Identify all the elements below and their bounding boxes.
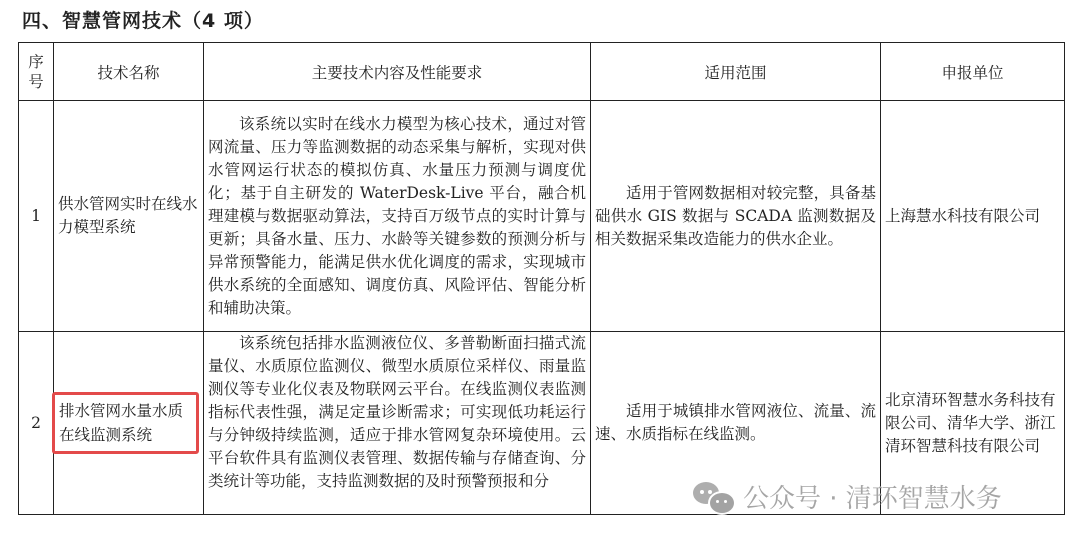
table-header-row: 序号 技术名称 主要技术内容及性能要求 适用范围 申报单位	[19, 43, 1065, 101]
tech-table: 序号 技术名称 主要技术内容及性能要求 适用范围 申报单位 1 供水管网实时在线…	[18, 42, 1065, 515]
watermark-text: 公众号 · 清环智慧水务	[743, 478, 1002, 515]
row-seq: 2	[19, 332, 54, 515]
header-seq: 序号	[19, 43, 54, 101]
table-row: 1 供水管网实时在线水力模型系统 该系统以实时在线水力模型为核心技术，通过对管网…	[19, 101, 1065, 332]
section-title: 四、智慧管网技术（4 项）	[22, 6, 264, 33]
header-scope: 适用范围	[591, 43, 881, 101]
row-scope-text: 适用于城镇排水管网液位、流量、流速、水质指标在线监测。	[595, 400, 876, 446]
wechat-icon	[693, 482, 735, 512]
highlighted-tech-name: 排水管网水量水质在线监测系统	[52, 392, 199, 454]
row-content: 该系统包括排水监测液位仪、多普勒断面扫描式流量仪、水质原位监测仪、微型水质原位采…	[204, 332, 591, 515]
row-content-text: 该系统包括排水监测液位仪、多普勒断面扫描式流量仪、水质原位监测仪、微型水质原位采…	[208, 332, 586, 493]
row-tech-name: 供水管网实时在线水力模型系统	[54, 101, 204, 332]
row-scope-text: 适用于管网数据相对较完整，具备基础供水 GIS 数据与 SCADA 监测数据及相…	[595, 182, 876, 251]
row-tech-name: 排水管网水量水质在线监测系统	[54, 332, 204, 515]
row-seq: 1	[19, 101, 54, 332]
row-content: 该系统以实时在线水力模型为核心技术，通过对管网流量、压力等监测数据的动态采集与解…	[204, 101, 591, 332]
row-content-text: 该系统以实时在线水力模型为核心技术，通过对管网流量、压力等监测数据的动态采集与解…	[208, 113, 586, 320]
header-content: 主要技术内容及性能要求	[204, 43, 591, 101]
header-name: 技术名称	[54, 43, 204, 101]
row-scope: 适用于管网数据相对较完整，具备基础供水 GIS 数据与 SCADA 监测数据及相…	[591, 101, 881, 332]
row-org: 上海慧水科技有限公司	[881, 101, 1065, 332]
header-org: 申报单位	[881, 43, 1065, 101]
watermark: 公众号 · 清环智慧水务	[693, 478, 1002, 515]
